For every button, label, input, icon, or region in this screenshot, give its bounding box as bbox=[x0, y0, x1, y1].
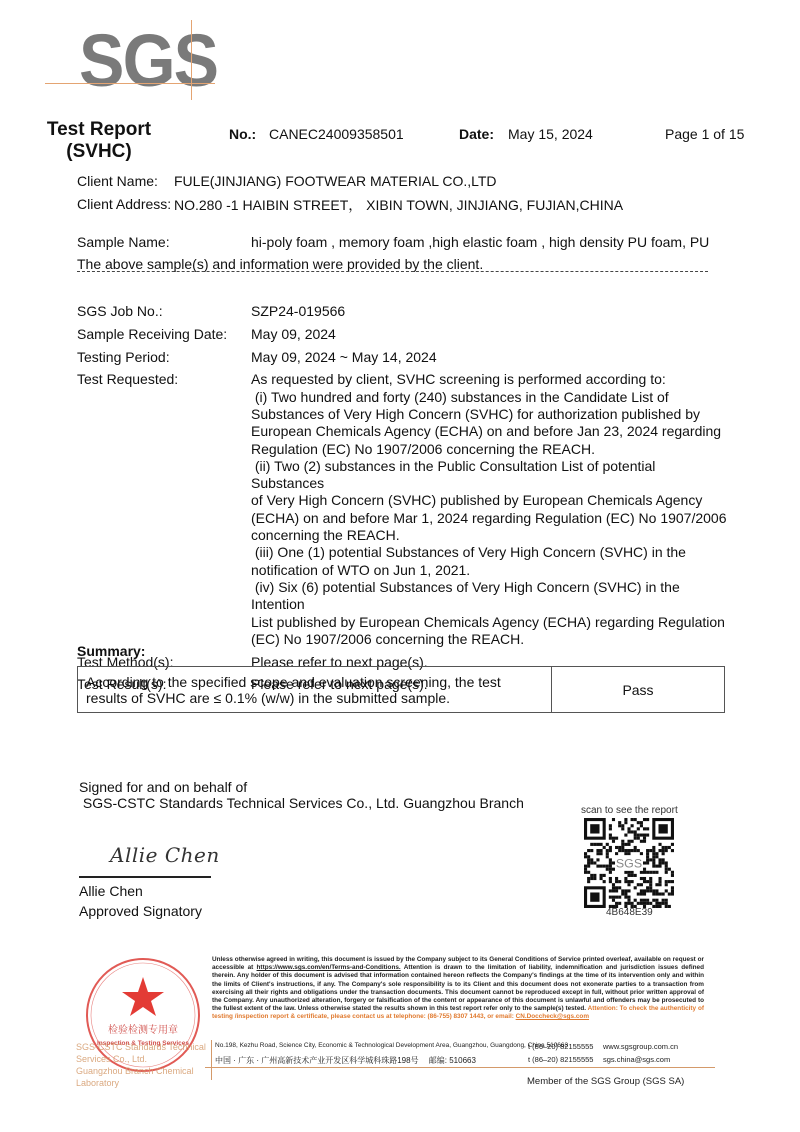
signed-on-behalf: Signed for and on behalf of SGS-CSTC Sta… bbox=[79, 779, 524, 811]
address-english: No.198, Kezhu Road, Science City, Econom… bbox=[215, 1042, 568, 1049]
report-title-line2: (SVHC) bbox=[46, 141, 152, 163]
dashed-divider bbox=[77, 271, 708, 272]
report-date-label: Date: bbox=[459, 126, 494, 142]
signed-line2: SGS-CSTC Standards Technical Services Co… bbox=[79, 795, 524, 811]
info-value-line: (ii) Two (2) substances in the Public Co… bbox=[251, 458, 731, 493]
info-value: May 09, 2024 bbox=[251, 326, 731, 343]
logo-vertical-rule bbox=[191, 20, 192, 100]
signature-line bbox=[79, 876, 211, 878]
signer-name: Allie Chen bbox=[79, 883, 143, 899]
info-row: Testing Period:May 09, 2024 ~ May 14, 20… bbox=[77, 349, 737, 366]
summary-conclusion: According to the specified scope and eva… bbox=[78, 667, 552, 712]
info-value-line: As requested by client, SVHC screening i… bbox=[251, 371, 731, 388]
info-value-line: Regulation (EC) No 1907/2006 concerning … bbox=[251, 441, 731, 458]
info-value-line: notification of WTO on Jun 1, 2021. bbox=[251, 562, 731, 579]
footer-vertical-rule bbox=[211, 1040, 212, 1080]
group-membership: Member of the SGS Group (SGS SA) bbox=[527, 1076, 684, 1087]
info-value-line: May 09, 2024 bbox=[251, 326, 731, 343]
info-value-line: of Very High Concern (SVHC) published by… bbox=[251, 492, 731, 509]
email-link[interactable]: sgs.china@sgs.com bbox=[603, 1055, 670, 1064]
doccheck-email-link[interactable]: CN.Doccheck@sgs.com bbox=[516, 1013, 589, 1020]
info-value-line: (ECHA) on and before Mar 1, 2024 regardi… bbox=[251, 510, 731, 527]
footer-horizontal-rule bbox=[205, 1067, 715, 1068]
page-number: Page 1 of 15 bbox=[665, 126, 744, 142]
logo-horizontal-rule bbox=[45, 83, 215, 84]
info-value-line: SZP24-019566 bbox=[251, 303, 731, 320]
report-title-line1: Test Report bbox=[46, 119, 152, 141]
qr-code-icon[interactable]: SGS bbox=[584, 818, 674, 908]
signer-title: Approved Signatory bbox=[79, 903, 202, 919]
logo-text: SGS bbox=[79, 24, 217, 98]
info-row: Sample Receiving Date:May 09, 2024 bbox=[77, 326, 737, 343]
report-info-table: SGS Job No.:SZP24-019566Sample Receiving… bbox=[77, 303, 737, 699]
qr-caption: scan to see the report bbox=[581, 805, 678, 816]
client-address-label: Client Address: bbox=[77, 196, 171, 213]
stamp-company-name: SGS-CSTC Standards Technical Services Co… bbox=[76, 1041, 211, 1089]
report-title: Test Report (SVHC) bbox=[46, 119, 152, 163]
summary-result: Pass bbox=[552, 667, 724, 712]
sample-name: hi-poly foam , memory foam ,high elastic… bbox=[251, 234, 709, 251]
website-link[interactable]: www.sgsgroup.com.cn bbox=[603, 1042, 678, 1051]
stamp-company-line1: SGS-CSTC Standards Technical Services Co… bbox=[76, 1041, 211, 1065]
info-row: Test Requested:As requested by client, S… bbox=[77, 371, 737, 648]
handwritten-signature: Allie Chen bbox=[110, 843, 220, 867]
info-value-line: (i) Two hundred and forty (240) substanc… bbox=[251, 389, 731, 406]
info-value-line: (iv) Six (6) potential Substances of Ver… bbox=[251, 579, 731, 614]
telephone-2: t (86–20) 82155555 bbox=[528, 1055, 593, 1064]
report-number: CANEC24009358501 bbox=[269, 126, 404, 142]
info-row: SGS Job No.:SZP24-019566 bbox=[77, 303, 737, 320]
report-number-label: No.: bbox=[229, 126, 256, 142]
info-value: May 09, 2024 ~ May 14, 2024 bbox=[251, 349, 731, 366]
info-label: Testing Period: bbox=[77, 349, 251, 366]
info-value-line: List published by European Chemicals Age… bbox=[251, 614, 731, 631]
client-address: NO.280 -1 HAIBIN STREET， XIBIN TOWN, JIN… bbox=[174, 197, 623, 214]
sample-name-label: Sample Name: bbox=[77, 234, 170, 251]
telephone-1: t (86–20) 82155555 bbox=[528, 1042, 593, 1051]
info-value-line: May 09, 2024 ~ May 14, 2024 bbox=[251, 349, 731, 366]
info-label: Sample Receiving Date: bbox=[77, 326, 251, 343]
stamp-company-line2: Guangzhou Branch Chemical Laboratory bbox=[76, 1065, 211, 1089]
info-label: Test Requested: bbox=[77, 371, 251, 648]
summary-table: According to the specified scope and eva… bbox=[77, 666, 725, 713]
info-value-line: European Chemicals Agency (ECHA) on and … bbox=[251, 423, 731, 440]
client-name: FULE(JINJIANG) FOOTWEAR MATERIAL CO.,LTD bbox=[174, 173, 497, 190]
svg-text:SGS: SGS bbox=[616, 857, 642, 871]
info-value: As requested by client, SVHC screening i… bbox=[251, 371, 731, 648]
info-value-line: (EC) No 1907/2006 concerning the REACH. bbox=[251, 631, 731, 648]
signed-line1: Signed for and on behalf of bbox=[79, 779, 524, 795]
info-value-line: concerning the REACH. bbox=[251, 527, 731, 544]
address-chinese: 中国 · 广东 · 广州高新技术产业开发区科学城科珠路198号 邮编: 5106… bbox=[215, 1055, 476, 1066]
report-date: May 15, 2024 bbox=[508, 126, 593, 142]
info-label: SGS Job No.: bbox=[77, 303, 251, 320]
info-value: SZP24-019566 bbox=[251, 303, 731, 320]
info-value-line: Substances of Very High Concern (SVHC) f… bbox=[251, 406, 731, 423]
legal-disclaimer: Unless otherwise agreed in writing, this… bbox=[212, 956, 704, 1022]
sgs-logo: SGS bbox=[45, 20, 215, 100]
info-value-line: (iii) One (1) potential Substances of Ve… bbox=[251, 544, 731, 561]
client-name-label: Client Name: bbox=[77, 173, 158, 190]
svg-text:检验检测专用章: 检验检测专用章 bbox=[108, 1023, 178, 1036]
qr-verification-code: 4B648E39 bbox=[606, 907, 653, 918]
summary-heading: Summary: bbox=[77, 643, 145, 659]
terms-link[interactable]: https://www.sgs.com/en/Terms-and-Conditi… bbox=[257, 964, 401, 971]
